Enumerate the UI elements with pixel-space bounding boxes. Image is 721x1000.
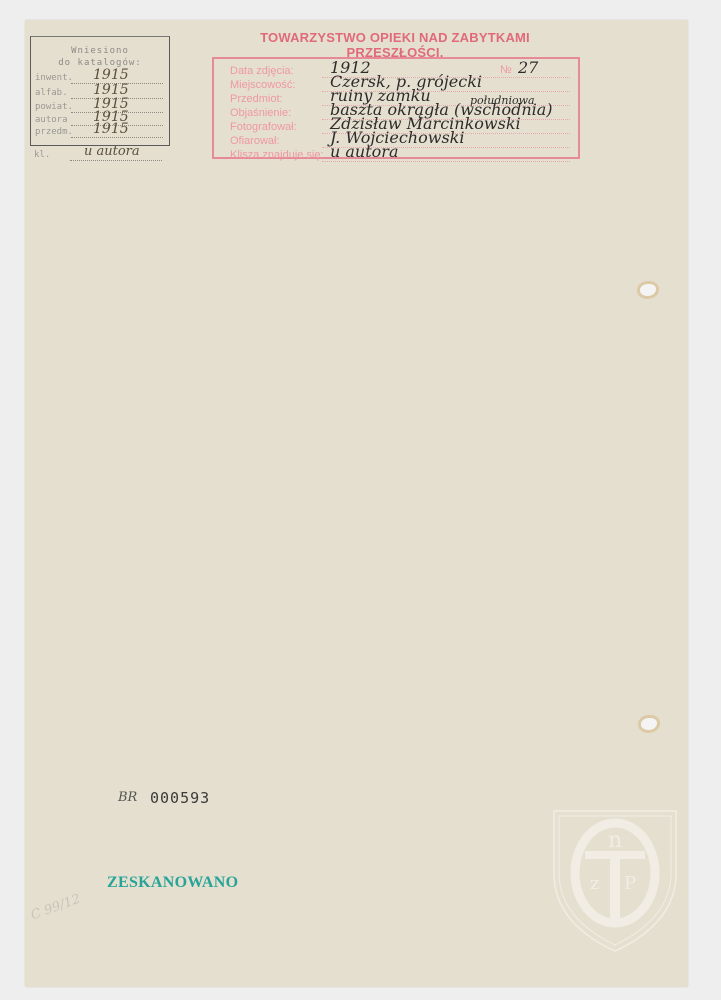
catalogue-row: kl.u autora [34, 150, 166, 164]
row-label: Ofiarował: [230, 135, 280, 147]
row-label: Fotografował: [230, 121, 297, 133]
row-value: 1915 [93, 67, 129, 83]
number-label: № [500, 64, 512, 76]
row-label: Data zdjęcia: [230, 65, 294, 77]
row-label: powiat. [35, 102, 73, 112]
inventory-prefix: BR [118, 790, 137, 805]
svg-text:n: n [608, 828, 622, 853]
row-value: u autora [84, 144, 140, 159]
society-stamp: Data zdjęcia: 1912 № 27 Miejscowość:Czer… [212, 57, 580, 159]
scanned-stamp: ZESKANOWANO [107, 874, 238, 892]
row-value: u autora [330, 142, 398, 161]
row-label: autora [35, 115, 68, 125]
header-line-1: Wniesiono [31, 45, 169, 57]
tonzp-shield-emblem-icon: n z P [550, 803, 680, 953]
row-label: Objaśnienie: [230, 107, 291, 119]
row-label: inwent. [35, 73, 73, 83]
row-label: kl. [34, 150, 50, 160]
catalogue-stamp: Wniesiono do katalogów: inwent.1915 alfa… [30, 36, 170, 146]
svg-text:P: P [624, 873, 636, 894]
svg-text:z: z [590, 873, 599, 894]
catalogue-stamp-header: Wniesiono do katalogów: [31, 45, 169, 69]
row-value: 1915 [93, 121, 129, 137]
row-label: Klisza znajduje się: [230, 149, 324, 161]
row-label: alfab. [35, 88, 68, 98]
correction-note: południowa [470, 94, 535, 107]
row-label: przedm. [35, 127, 73, 137]
inventory-number: 000593 [150, 789, 210, 807]
stamp-row-negative: Klisza znajduje się:u autora [230, 149, 576, 164]
number-value: 27 [518, 58, 538, 77]
row-label: Miejscowość: [230, 79, 295, 91]
society-stamp-title: TOWARZYSTWO OPIEKI NAD ZABYTKAMI PRZESZŁ… [210, 30, 580, 60]
catalogue-row: przedm.1915 [35, 127, 167, 141]
row-label: Przedmiot: [230, 93, 283, 105]
stamp-row-donor: Ofiarował:J. Wojciechowski [230, 135, 576, 150]
